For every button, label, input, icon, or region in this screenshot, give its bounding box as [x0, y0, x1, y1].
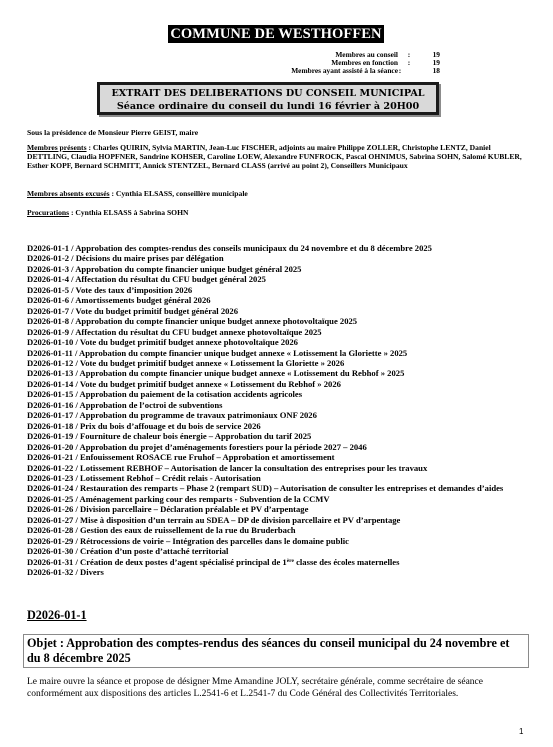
agenda-item: D2026-01-22 / Lotissement REBHOF – Autor… — [27, 463, 527, 473]
agenda-item: D2026-01-32 / Divers — [27, 567, 527, 577]
procurations: Procurations : Cynthia ELSASS à Sabrina … — [27, 208, 527, 217]
agenda-item: D2026-01-28 / Gestion des eaux de ruisse… — [27, 525, 527, 535]
members-absent-text: : Cynthia ELSASS, conseillère municipale — [110, 189, 248, 198]
agenda-item: D2026-01-10 / Vote du budget primitif bu… — [27, 337, 527, 347]
agenda-item: D2026-01-24 / Restauration des remparts … — [27, 483, 527, 493]
agenda-item: D2026-01-9 / Affectation du résultat du … — [27, 327, 527, 337]
agenda-item: D2026-01-3 / Approbation du compte finan… — [27, 264, 527, 274]
extract-header-box: EXTRAIT DES DELIBERATIONS DU CONSEIL MUN… — [97, 82, 439, 115]
agenda-item: D2026-01-16 / Approbation de l’octroi de… — [27, 400, 527, 410]
commune-title: COMMUNE DE WESTHOFFEN — [168, 25, 384, 43]
members-present: Membres présents : Charles QUIRIN, Sylvi… — [27, 143, 527, 171]
agenda-item: D2026-01-1 / Approbation des comptes-ren… — [27, 243, 527, 253]
members-present-text: : Charles QUIRIN, Sylvia MARTIN, Jean-Lu… — [27, 143, 522, 170]
agenda-item: D2026-01-4 / Affectation du résultat du … — [27, 274, 527, 284]
agenda-item: D2026-01-13 / Approbation du compte fina… — [27, 368, 527, 378]
agenda-item: D2026-01-30 / Création d’un poste d’atta… — [27, 546, 527, 556]
members-summary: Membres au conseil:19 Membres en fonctio… — [270, 51, 440, 76]
agenda-item: D2026-01-27 / Mise à disposition d’un te… — [27, 515, 527, 525]
agenda-item: D2026-01-6 / Amortissements budget génér… — [27, 295, 527, 305]
agenda-item: D2026-01-26 / Division parcellaire – Déc… — [27, 504, 527, 514]
members-label: Membres ayant assisté à la séance — [291, 67, 398, 75]
procurations-text: : Cynthia ELSASS à Sabrina SOHN — [69, 208, 188, 217]
members-absent-label: Membres absents excusés — [27, 189, 110, 198]
agenda-item: D2026-01-25 / Aménagement parking cour d… — [27, 494, 527, 504]
extract-title: EXTRAIT DES DELIBERATIONS DU CONSEIL MUN… — [100, 87, 436, 100]
agenda-item: D2026-01-29 / Rétrocessions de voirie – … — [27, 536, 527, 546]
agenda-item: D2026-01-20 / Approbation du projet d’am… — [27, 442, 527, 452]
agenda-item: D2026-01-31 / Création de deux postes d’… — [27, 557, 527, 567]
agenda-item: D2026-01-21 / Enfouissement ROSACE rue F… — [27, 452, 527, 462]
agenda-item: D2026-01-19 / Fourniture de chaleur bois… — [27, 431, 527, 441]
members-absent: Membres absents excusés : Cynthia ELSASS… — [27, 189, 527, 198]
agenda-item: D2026-01-12 / Vote du budget primitif bu… — [27, 358, 527, 368]
agenda-item: D2026-01-18 / Prix du bois d’affouage et… — [27, 421, 527, 431]
agenda-list: D2026-01-1 / Approbation des comptes-ren… — [27, 243, 527, 578]
agenda-item: D2026-01-17 / Approbation du programme d… — [27, 410, 527, 420]
presidence-line: Sous la présidence de Monsieur Pierre GE… — [27, 128, 527, 137]
members-present-label: Membres présents — [27, 143, 87, 152]
members-row: Membres ayant assisté à la séance:18 — [270, 67, 440, 75]
members-value: 18 — [402, 67, 440, 75]
section-id: D2026-01-1 — [27, 608, 87, 623]
agenda-item: D2026-01-5 / Vote des taux d’imposition … — [27, 285, 527, 295]
section-body: Le maire ouvre la séance et propose de d… — [27, 677, 527, 701]
agenda-item: D2026-01-23 / Lotissement Rebhof – Crédi… — [27, 473, 527, 483]
page-number: 1 — [519, 727, 523, 736]
procurations-label: Procurations — [27, 208, 69, 217]
objet-box: Objet : Approbation des comptes-rendus d… — [23, 634, 529, 668]
agenda-item: D2026-01-7 / Vote du budget primitif bud… — [27, 306, 527, 316]
agenda-item: D2026-01-14 / Vote du budget primitif bu… — [27, 379, 527, 389]
agenda-item: D2026-01-15 / Approbation du paiement de… — [27, 389, 527, 399]
agenda-item: D2026-01-2 / Décisions du maire prises p… — [27, 253, 527, 263]
agenda-item: D2026-01-11 / Approbation du compte fina… — [27, 348, 527, 358]
agenda-item: D2026-01-8 / Approbation du compte finan… — [27, 316, 527, 326]
session-title: Séance ordinaire du conseil du lundi 16 … — [100, 100, 436, 113]
